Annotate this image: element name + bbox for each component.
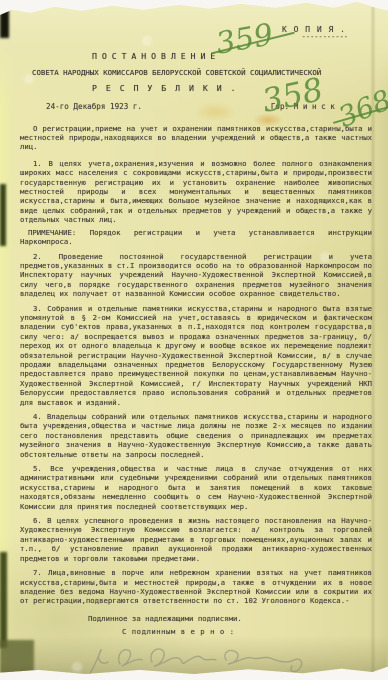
decree-paragraph-7: 7. Лица,виновные в порче или небрежном х…: [20, 568, 372, 606]
paragraph-text: Лица,виновные в порче или небрежном хран…: [20, 568, 372, 605]
decree-paragraph-3: 3. Собрания и отдельные памятники искусс…: [20, 304, 372, 407]
copy-stamp-underline: -----------: [20, 34, 372, 40]
document-page: К О П И Я . ----------- П О С Т А Н О В …: [0, 0, 388, 676]
decree-paragraph-4: 4. Владельцы собраний или отдельных памя…: [20, 412, 372, 459]
paragraph-number: 3.: [33, 304, 42, 313]
paragraph-text: В целях учета,охранения,изучения и возмо…: [20, 159, 372, 224]
paragraph-text: Собрания и отдельные памятники искусства…: [20, 304, 372, 407]
typed-content: К О П И Я . ----------- П О С Т А Н О В …: [0, 0, 388, 637]
handwritten-signature: [86, 636, 310, 676]
paragraph-text: Все учреждения,общества и частные лица в…: [20, 464, 372, 511]
scan-background: К О П И Я . ----------- П О С Т А Н О В …: [0, 0, 388, 680]
decree-paragraph-1: 1. В целях учета,охранения,изучения и во…: [20, 159, 372, 225]
paragraph-text: Проведение постоянной государственной ре…: [20, 252, 372, 299]
decree-date: 24-го Декабря 1923 г.: [46, 102, 142, 111]
paragraph-number: 5.: [33, 464, 42, 473]
paragraph-number: 1.: [33, 159, 42, 168]
decree-paragraph-6: 6. В целях успешного проведения в жизнь …: [20, 516, 372, 563]
paragraph-number: 2.: [33, 252, 42, 261]
paragraph-number: 7.: [33, 568, 42, 577]
paragraph-number: 6.: [33, 516, 42, 525]
footer-original-signed: Подлинное за надлежащими подписями.: [88, 614, 372, 623]
decree-republic: Р Е С П У Б Л И К И .: [92, 84, 372, 93]
paragraph-number: 4.: [33, 412, 42, 421]
note-label: ПРИМЕЧАНИЕ:: [28, 228, 76, 237]
paragraph-text: В целях успешного проведения в жизнь нас…: [20, 516, 372, 563]
decree-subject: О регистрации,приеме на учет и охранении…: [20, 124, 372, 152]
decree-issuer: СОВЕТА НАРОДНЫХ КОМИССАРОВ БЕЛОРУССКОЙ С…: [32, 68, 372, 77]
decree-paragraph-2: 2. Проведение постоянной государственной…: [20, 252, 372, 299]
decree-note: ПРИМЕЧАНИЕ: Порядок регистрации и учета …: [20, 228, 372, 247]
paragraph-text: Владельцы собраний или отдельных памятни…: [20, 412, 372, 459]
decree-paragraph-5: 5. Все учреждения,общества и частные лиц…: [20, 464, 372, 511]
